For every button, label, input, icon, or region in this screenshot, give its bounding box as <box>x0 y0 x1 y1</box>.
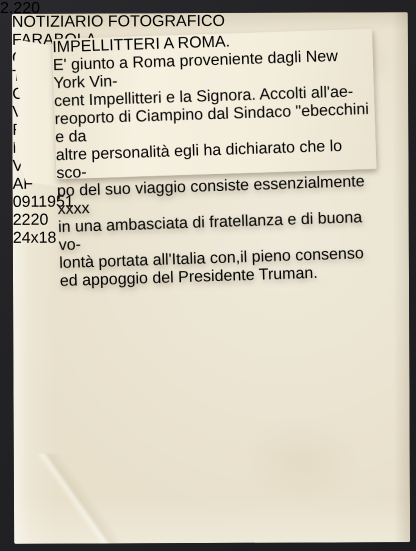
paper-stain <box>242 416 362 507</box>
photo-back-paper: IMPELLITTERI A ROMA. E' giunto a Roma pr… <box>12 12 410 544</box>
caption-label-paper: IMPELLITTERI A ROMA. E' giunto a Roma pr… <box>52 29 376 179</box>
struck-word: dagli <box>267 49 301 67</box>
paper-crease <box>14 453 134 544</box>
struck-word: xxxx <box>57 200 90 218</box>
typed-caption-text: IMPELLITTERI A ROMA. E' giunto a Roma pr… <box>52 29 380 291</box>
caption-label: IMPELLITTERI A ROMA. E' giunto a Roma pr… <box>54 33 375 174</box>
